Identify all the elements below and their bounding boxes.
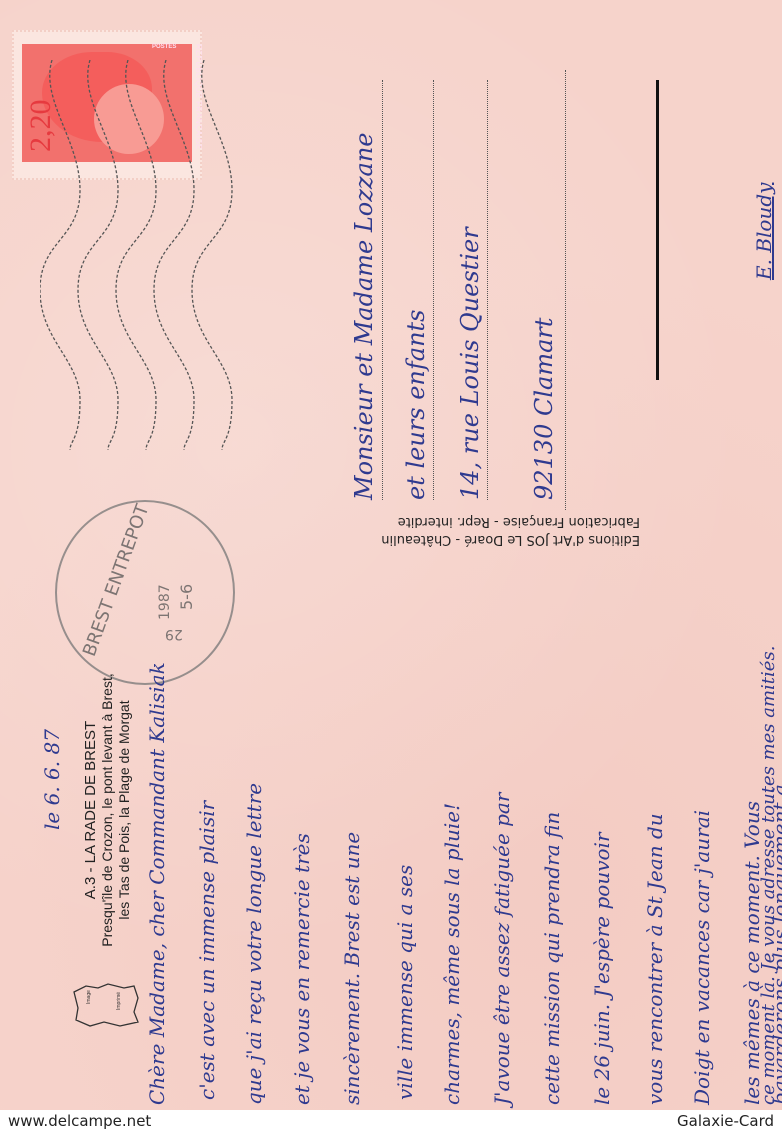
- publisher-info: Editions d'Art JOS Le Doaré - Châteaulin…: [250, 512, 640, 548]
- postcard-caption: A.3 - LA RADE DE BREST Presqu'île de Cro…: [82, 660, 133, 960]
- address-line-3: [487, 80, 488, 500]
- address-line-1: [382, 80, 383, 500]
- message-line: sincèrement. Brest est une: [340, 832, 364, 1105]
- postmark-dept: 29: [165, 626, 183, 642]
- message-line: vous rencontrer à St Jean du: [643, 813, 667, 1105]
- caption-line-3: les Tas de Pois, la Plage de Morgat: [116, 660, 133, 960]
- caption-line-2: Presqu'île de Crozon, le pont levant à B…: [99, 660, 116, 960]
- message-line: c'est avec un immense plaisir: [195, 801, 219, 1100]
- stamp-divider-line: [656, 80, 659, 380]
- signature: E. Bloudy: [752, 183, 776, 280]
- address-line-4: [565, 70, 566, 510]
- address-line-text: 92130 Clamart: [530, 317, 558, 500]
- message-line: que j'ai reçu votre longue lettre: [242, 783, 266, 1105]
- message-line: J'avoue être assez fatiguée par: [490, 793, 514, 1105]
- address-line-2: [433, 80, 434, 500]
- postcard-back: POSTES REPUBLIQUE FRANÇAISE 2,20 BREST E…: [0, 0, 782, 1110]
- cancellation-waves: [40, 60, 250, 450]
- message-line: ville immense qui a ses: [393, 865, 417, 1100]
- message-line: et je vous en remercie très: [290, 833, 314, 1105]
- france-map-icon: Image Imprimé: [68, 982, 142, 1028]
- postmark-year: 1987: [157, 584, 173, 620]
- postmark: BREST ENTREPOT 5-6 1987 29: [55, 500, 235, 685]
- message-line: Chère Madame, cher Commandant Kalisiak: [145, 662, 169, 1105]
- svg-text:Imprimé: Imprimé: [116, 992, 122, 1010]
- footer-seller: Galaxie-Card: [677, 1112, 774, 1130]
- message-line: Doigt en vacances car j'aurai: [690, 810, 714, 1105]
- watermark-footer: www.delcampe.net Galaxie-Card: [0, 1110, 782, 1131]
- message-line: charmes, même sous la pluie!: [440, 803, 464, 1105]
- svg-text:Image: Image: [86, 990, 92, 1004]
- address-line-text: et leurs enfants: [402, 310, 430, 501]
- address-line-text: Monsieur et Madame Lozzane: [350, 133, 378, 501]
- message-date: le 6. 6. 87: [40, 729, 64, 830]
- postmark-location: BREST ENTREPOT: [79, 502, 153, 660]
- publisher-line-2: Fabrication Française - Repr. interdite: [250, 512, 640, 530]
- message-line: ce moment là. Je vous adresse toutes mes…: [758, 646, 779, 1105]
- footer-site-link[interactable]: www.delcampe.net: [8, 1112, 151, 1130]
- publisher-line-1: Editions d'Art JOS Le Doaré - Châteaulin: [250, 530, 640, 548]
- caption-title: A.3 - LA RADE DE BREST: [82, 660, 99, 960]
- message-line: le 26 juin. J'espère pouvoir: [590, 833, 614, 1106]
- stamp-postes-label: POSTES: [152, 44, 176, 50]
- address-line-text: 14, rue Louis Questier: [456, 227, 484, 500]
- postmark-date: 5-6: [177, 584, 196, 610]
- message-line: cette mission qui prendra fin: [540, 812, 564, 1105]
